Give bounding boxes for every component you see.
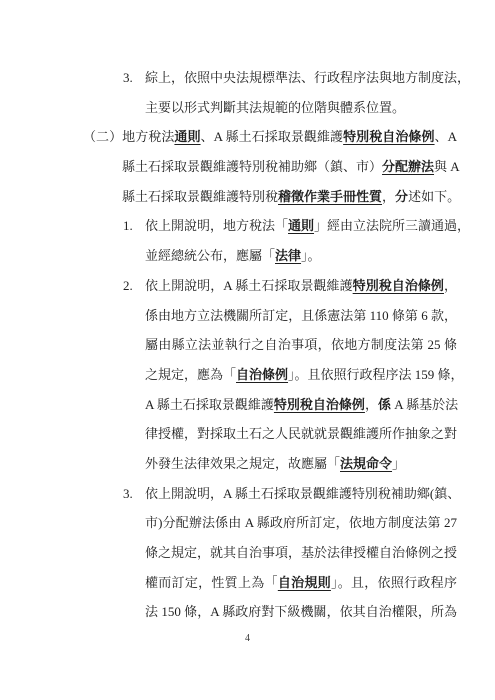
text-line: 3.綜上，依照中央法規標準法、行政程序法與地方制度法， [145, 63, 457, 93]
list-marker: 3. [123, 479, 133, 509]
text-segment: 條之規定，就其自治事項，基於法律授權自治條例之授 [145, 545, 457, 560]
text-line: 之規定，應為「自治條例」。且依照行政程序法 159 條， [145, 360, 457, 390]
text-segment: ， [382, 189, 395, 204]
text-segment: A 縣土石採取景觀維護 [145, 397, 274, 412]
text-line: 並經總統公布，應屬「法律」。 [145, 241, 457, 271]
text-segment: （二）地方稅法 [83, 129, 174, 144]
text-line: A 縣土石採取景觀維護特別稅自治條例，係 A 縣基於法 [145, 390, 457, 420]
text-segment: 通則 [288, 218, 314, 233]
text-segment: 通則 [174, 129, 200, 144]
text-segment: 綜上，依照中央法規標準法、行政程序法與地方制度法， [145, 70, 470, 85]
document-page: 3.綜上，依照中央法規標準法、行政程序法與地方制度法，主要以形式判斷其法規範的位… [0, 0, 495, 700]
text-segment: 律授權，對採取土石之人民就就景觀維護所作抽象之對 [145, 426, 457, 441]
text-line: 條之規定，就其自治事項，基於法律授權自治條例之授 [145, 538, 457, 568]
text-segment: 縣土石採取景觀維護特別稅 [122, 189, 278, 204]
text-line: 主要以形式判斷其法規範的位階與體系位置。 [145, 93, 457, 123]
page-number: 4 [0, 632, 495, 646]
text-segment: 縣土石採取景觀維護特別稅補助鄉（鎮、市） [122, 159, 382, 174]
text-segment: 稽徵作業手冊性質 [278, 189, 382, 204]
text-segment: 」。且，依照行政程序 [331, 575, 457, 590]
text-segment: 屬由縣立法並執行之自治事項，依地方制度法第 25 條 [145, 337, 457, 352]
text-line: 律授權，對採取土石之人民就就景觀維護所作抽象之對 [145, 419, 457, 449]
text-segment: 與 A [434, 159, 460, 174]
text-segment: 自治規則 [278, 575, 331, 590]
text-line: 縣土石採取景觀維護特別稅稽徵作業手冊性質，分述如下。 [122, 182, 457, 212]
text-segment: 、A [435, 129, 457, 144]
text-segment: 依上開說明，A 縣土石採取景觀維護特別稅補助鄉(鎮、 [145, 486, 460, 501]
text-segment: 依上開說明，A 縣土石採取景觀維護 [145, 278, 353, 293]
text-segment: 依上開說明，地方稅法「 [145, 218, 288, 233]
text-segment: 」 [392, 456, 405, 471]
text-line: 外發生法律效果之規定，故應屬「法規命令」 [145, 449, 457, 479]
list-marker: 3. [123, 63, 133, 93]
text-line: 縣土石採取景觀維護特別稅補助鄉（鎮、市）分配辦法與 A [122, 152, 457, 182]
text-line: 市)分配辦法係由 A 縣政府所訂定，依地方制度法第 27 [145, 508, 457, 538]
text-segment: 述如下。 [408, 189, 460, 204]
text-segment: 分 [395, 189, 408, 204]
list-marker: 1. [123, 211, 133, 241]
text-segment: ， [444, 278, 457, 293]
text-segment: 」經由立法院所三讀通過， [314, 218, 470, 233]
text-line: 權而訂定，性質上為「自治規則」。且，依照行政程序 [145, 568, 457, 598]
text-segment: 係 [378, 397, 391, 412]
list-marker: 2. [123, 271, 133, 301]
text-line: 2.依上開說明，A 縣土石採取景觀維護特別稅自治條例， [145, 271, 457, 301]
text-segment: 法 150 條，A 縣政府對下級機關，依其自治權限，所為 [145, 604, 457, 619]
text-line: 法 150 條，A 縣政府對下級機關，依其自治權限，所為 [145, 597, 457, 627]
text-segment: 法律 [275, 248, 301, 263]
text-segment: 權而訂定，性質上為「 [145, 575, 278, 590]
text-line: （二）地方稅法通則、A 縣土石採取景觀維護特別稅自治條例、A [83, 122, 457, 152]
text-segment: 分配辦法 [382, 159, 434, 174]
text-segment: 、A 縣土石採取景觀維護 [201, 129, 344, 144]
text-segment: 之規定，應為「 [145, 367, 236, 382]
text-line: 3.依上開說明，A 縣土石採取景觀維護特別稅補助鄉(鎮、 [145, 479, 457, 509]
text-segment: 並經總統公布，應屬「 [145, 248, 275, 263]
text-segment: A 縣基於法 [391, 397, 458, 412]
text-line: 係由地方立法機關所訂定，且係憲法第 110 條第 6 款， [145, 301, 457, 331]
text-line: 屬由縣立法並執行之自治事項，依地方制度法第 25 條 [145, 330, 457, 360]
text-segment: 自治條例 [236, 367, 288, 382]
text-segment: 」。 [301, 248, 321, 263]
text-segment: 」。且依照行政程序法 159 條， [288, 367, 464, 382]
text-segment: 特別稅自治條例 [343, 129, 434, 144]
text-segment: 外發生法律效果之規定，故應屬「 [145, 456, 340, 471]
document-text-block: 3.綜上，依照中央法規標準法、行政程序法與地方制度法，主要以形式判斷其法規範的位… [0, 63, 495, 627]
text-segment: 特別稅自治條例 [353, 278, 444, 293]
text-segment: 主要以形式判斷其法規範的位階與體系位置。 [145, 100, 405, 115]
text-line: 1.依上開說明，地方稅法「通則」經由立法院所三讀通過， [145, 211, 457, 241]
text-segment: ， [365, 397, 378, 412]
text-segment: 特別稅自治條例 [274, 397, 365, 412]
text-segment: 法規命令 [340, 456, 392, 471]
text-segment: 市)分配辦法係由 A 縣政府所訂定，依地方制度法第 27 [145, 515, 457, 530]
text-segment: 係由地方立法機關所訂定，且係憲法第 110 條第 6 款， [145, 308, 457, 323]
